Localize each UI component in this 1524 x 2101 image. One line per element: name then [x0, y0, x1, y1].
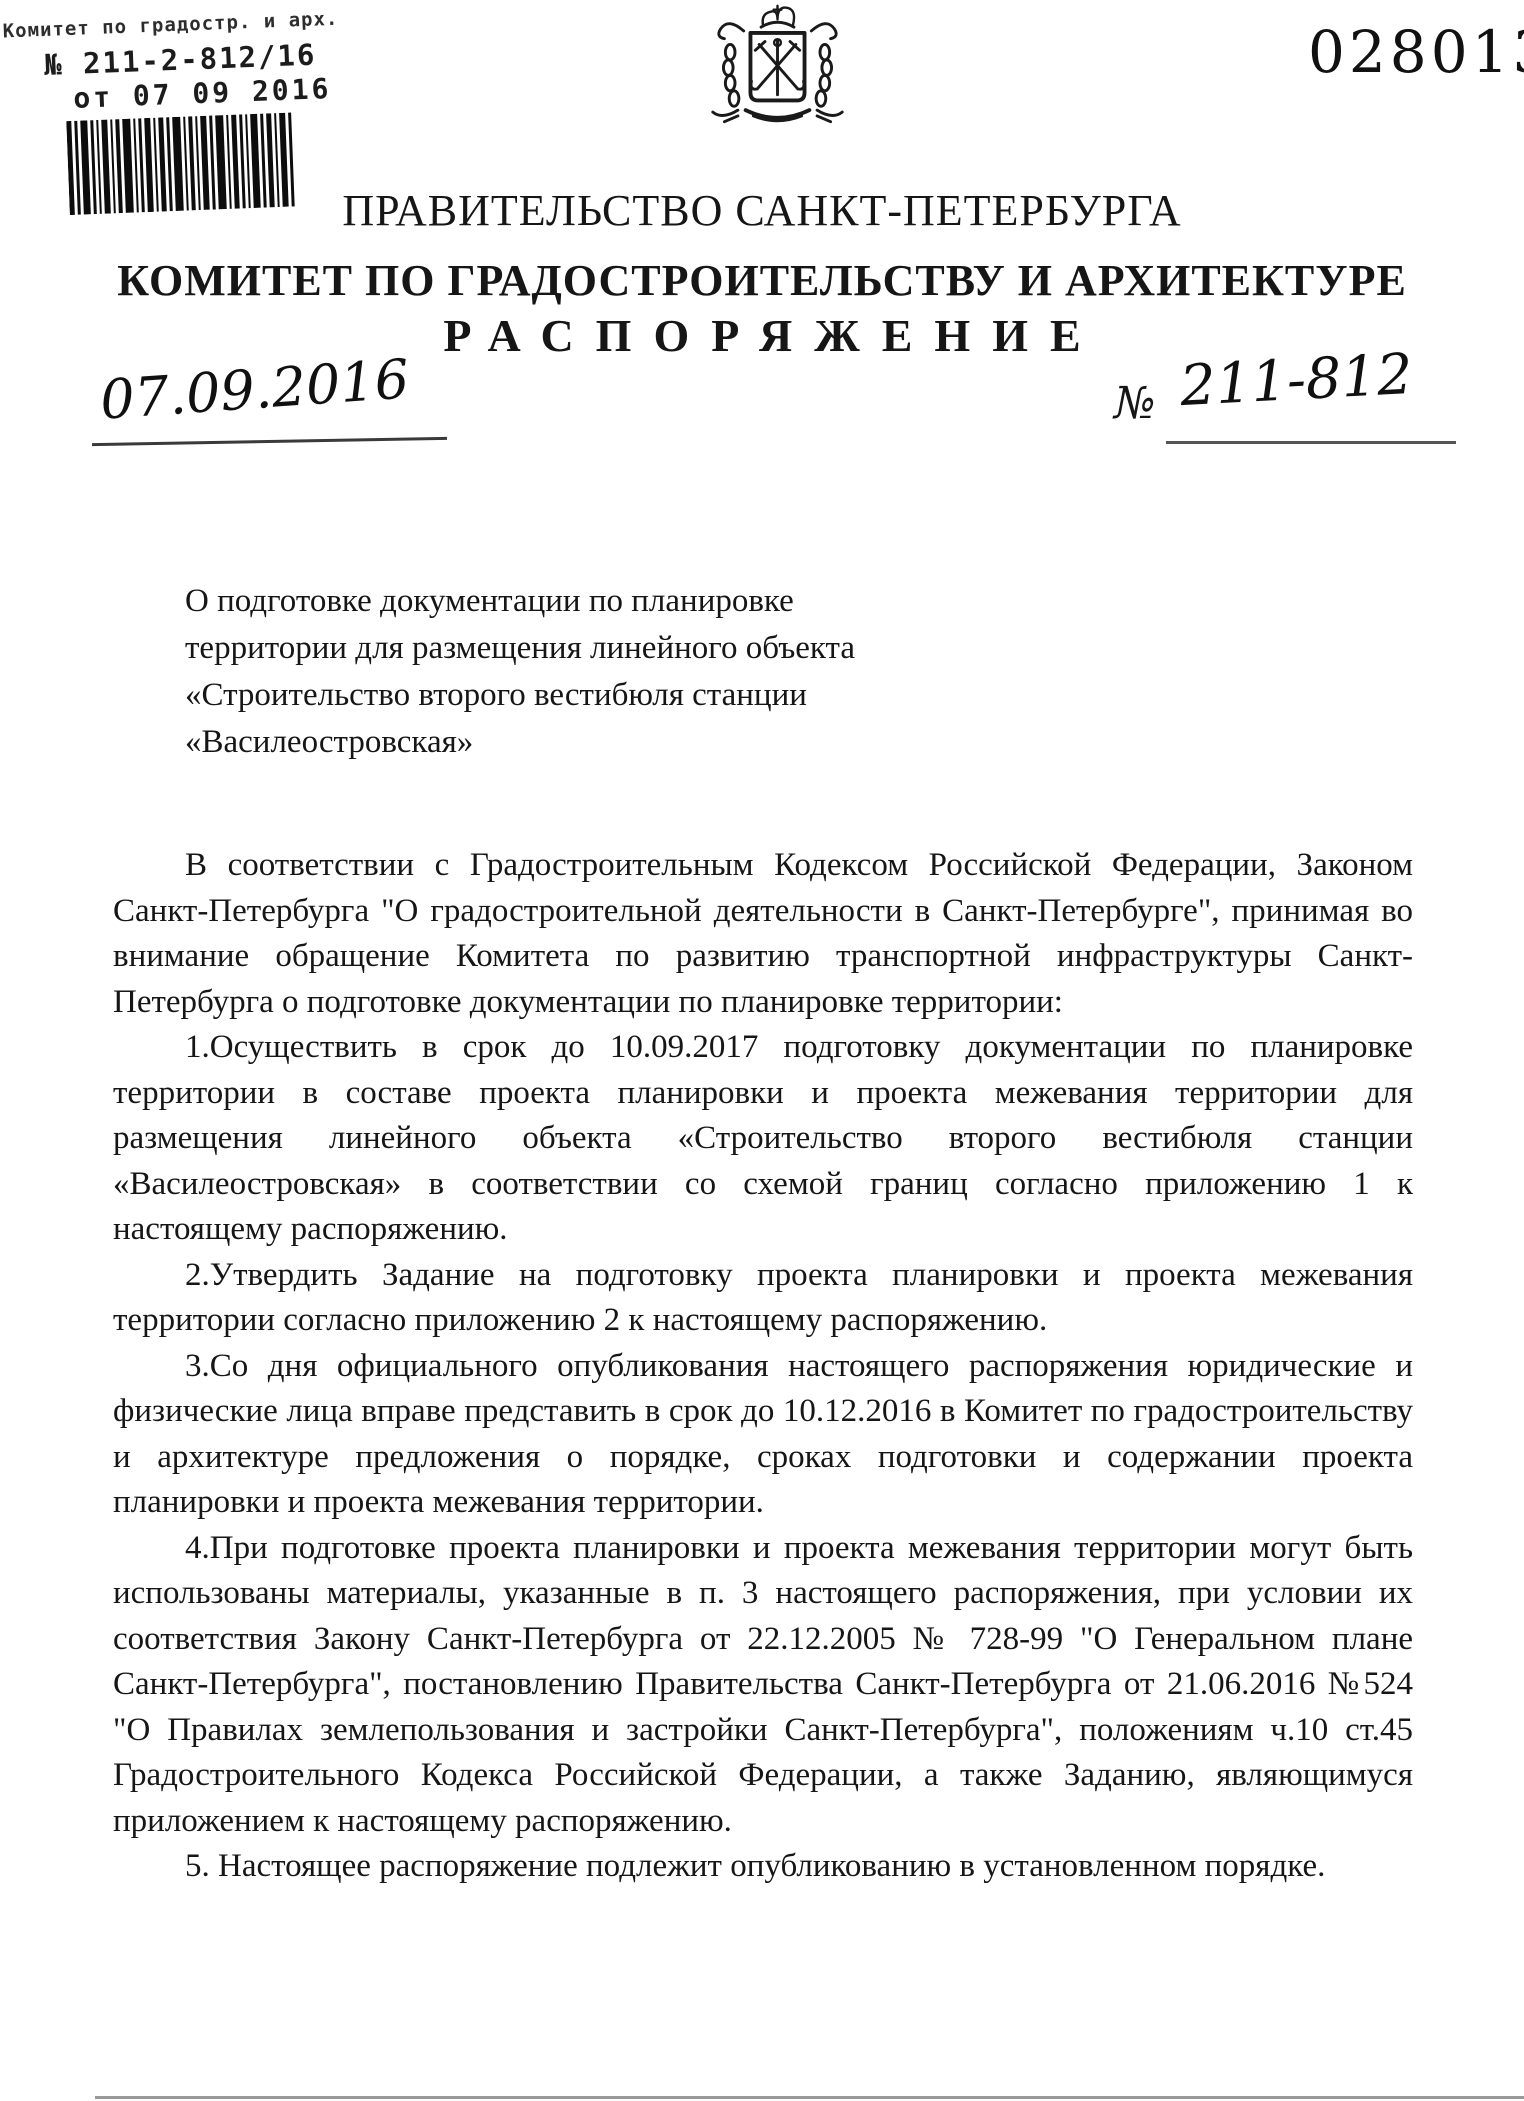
subject-line: «Василеостровская»: [185, 719, 855, 766]
document-page: Комитет по градостр. и арх. № 211-2-812/…: [0, 0, 1524, 2101]
number-sign: №: [1114, 378, 1156, 429]
paragraph-item-4: 4.При подготовке проекта планировки и пр…: [113, 1526, 1413, 1845]
date-underline: [92, 437, 447, 446]
paragraph-item-2: 2.Утвердить Задание на подготовку проект…: [113, 1253, 1413, 1344]
coat-of-arms-icon: [695, 2, 860, 142]
government-name: ПРАВИТЕЛЬСТВО САНКТ-ПЕТЕРБУРГА: [0, 188, 1524, 234]
committee-name: КОМИТЕТ ПО ГРАДОСТРОИТЕЛЬСТВУ И АРХИТЕКТ…: [0, 258, 1524, 304]
form-number: 028013: [1308, 18, 1524, 86]
subject-line: территории для размещения линейного объе…: [185, 625, 855, 672]
paragraph-preamble: В соответствии с Градостроительным Кодек…: [113, 843, 1413, 1025]
subject-line: О подготовке документации по планировке: [185, 578, 855, 625]
number-underline: [1166, 441, 1456, 444]
stamp-org-line: Комитет по градостр. и арх.: [2, 8, 338, 43]
body-text: В соответствии с Градостроительным Кодек…: [113, 843, 1413, 1890]
scan-artifact-line: [95, 2096, 1524, 2099]
handwritten-number: 211-812: [1178, 342, 1414, 419]
registration-stamp: Комитет по градостр. и арх. № 211-2-812/…: [2, 8, 345, 218]
paragraph-item-3: 3.Со дня официального опубликования наст…: [113, 1344, 1413, 1526]
subject-line: «Строительство второго вестибюля станции: [185, 672, 855, 719]
paragraph-item-5: 5. Настоящее распоряжение подлежит опубл…: [113, 1844, 1413, 1890]
subject-block: О подготовке документации по планировке …: [185, 578, 855, 766]
letterhead: ПРАВИТЕЛЬСТВО САНКТ-ПЕТЕРБУРГА КОМИТЕТ П…: [0, 188, 1524, 361]
paragraph-item-1: 1.Осуществить в срок до 10.09.2017 подго…: [113, 1025, 1413, 1253]
